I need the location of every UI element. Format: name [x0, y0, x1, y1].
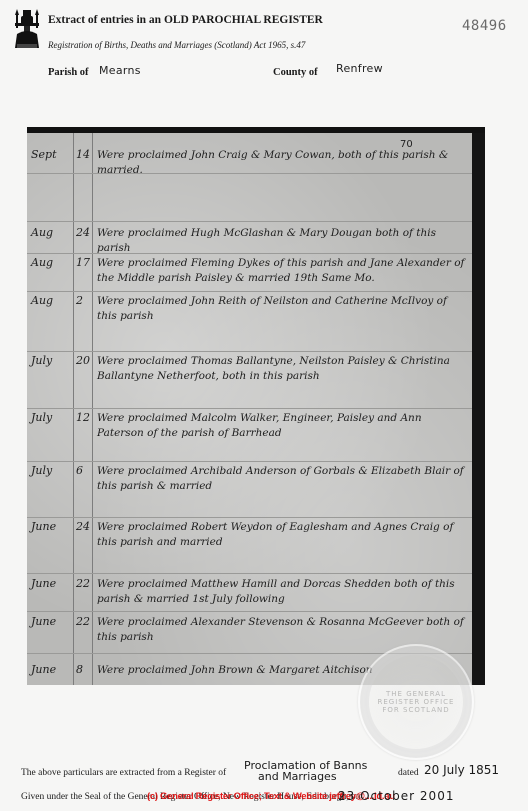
entry-month: Aug — [31, 294, 71, 307]
reference-number: 48496 — [462, 18, 507, 34]
entry-month: July — [31, 464, 71, 477]
entry-month: June — [31, 577, 71, 590]
entry-text: Were proclaimed Thomas Ballantyne, Neils… — [97, 354, 465, 384]
embossed-seal: THE GENERAL REGISTER OFFICE FOR SCOTLAND — [358, 644, 474, 760]
entry-day: 14 — [76, 148, 94, 161]
footer-extract-statement: The above particulars are extracted from… — [21, 768, 226, 778]
entry-text: Were proclaimed John Reith of Neilston a… — [97, 294, 465, 324]
document-title: Extract of entries in an OLD PAROCHIAL R… — [48, 14, 323, 26]
entry-month: Aug — [31, 226, 71, 239]
day-column-divider — [92, 133, 93, 685]
seal-text: THE GENERAL REGISTER OFFICE FOR SCOTLAND — [360, 690, 472, 714]
entry-text: Were proclaimed Malcolm Walker, Engineer… — [97, 411, 465, 441]
entry-text: Were proclaimed Robert Weydon of Eaglesh… — [97, 520, 465, 550]
page-edge-shadow — [472, 133, 485, 685]
register-type: Proclamation of Banns and Marriages — [244, 760, 367, 782]
entry-month: July — [31, 354, 71, 367]
register-type-line2: and Marriages — [244, 771, 367, 782]
ruled-line — [27, 408, 472, 409]
entry-text: Were proclaimed Matthew Hamill and Dorca… — [97, 577, 465, 607]
register-scan: 70 Sept 14 Were proclaimed John Craig & … — [27, 127, 485, 685]
county-value: Renfrew — [336, 62, 383, 75]
dated-label: dated — [398, 768, 419, 778]
entry-day: 6 — [76, 464, 94, 477]
parish-value: Mearns — [99, 64, 141, 77]
royal-crest-icon — [12, 8, 42, 52]
entry-day: 22 — [76, 577, 94, 590]
entry-day: 22 — [76, 615, 94, 628]
county-label: County of — [273, 67, 318, 78]
ruled-line — [27, 351, 472, 352]
entry-text: Were proclaimed Alexander Stevenson & Ro… — [97, 615, 465, 645]
given-date: 23 October 2001 — [338, 789, 454, 803]
entry-day: 24 — [76, 226, 94, 239]
entry-text: Were proclaimed Fleming Dykes of this pa… — [97, 256, 465, 286]
ruled-line — [27, 611, 472, 612]
parish-label: Parish of — [48, 67, 89, 78]
month-column-divider — [73, 133, 74, 685]
entry-month: July — [31, 411, 71, 424]
ruled-line — [27, 291, 472, 292]
ruled-line — [27, 461, 472, 462]
entry-month: June — [31, 615, 71, 628]
ruled-line — [27, 517, 472, 518]
ruled-line — [27, 221, 472, 222]
entry-day: 24 — [76, 520, 94, 533]
ruled-line — [27, 573, 472, 574]
entry-month: Sept — [31, 148, 71, 161]
document-subtitle: Registration of Births, Deaths and Marri… — [48, 40, 305, 50]
entry-text: Were proclaimed Hugh McGlashan & Mary Do… — [97, 226, 465, 256]
entry-month: June — [31, 520, 71, 533]
entry-day: 8 — [76, 663, 94, 676]
entry-day: 17 — [76, 256, 94, 269]
entry-day: 20 — [76, 354, 94, 367]
entry-month: Aug — [31, 256, 71, 269]
entry-text: Were proclaimed Archibald Anderson of Go… — [97, 464, 465, 494]
entry-text: Were proclaimed John Craig & Mary Cowan,… — [97, 148, 465, 178]
entry-day: 2 — [76, 294, 94, 307]
entry-month: June — [31, 663, 71, 676]
entry-day: 12 — [76, 411, 94, 424]
dated-value: 20 July 1851 — [424, 763, 499, 777]
